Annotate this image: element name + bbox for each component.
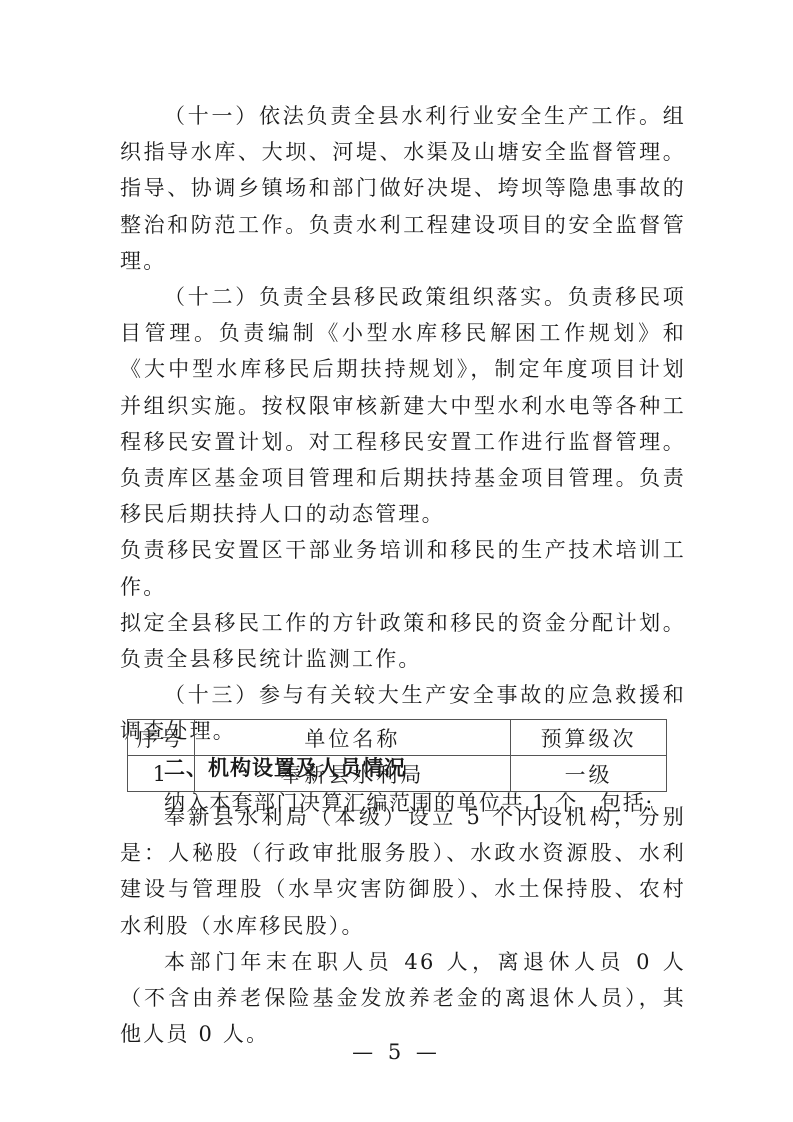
table-row: 1 奉新县水利局 一级: [128, 756, 667, 792]
document-body: （十一）依法负责全县水利行业安全生产工作。组织指导水库、大坝、河堤、水渠及山塘安…: [120, 98, 686, 820]
cell-unit-name: 奉新县水利局: [194, 756, 510, 792]
paragraph-staff: 本部门年末在职人员 46 人，离退休人员 0 人（不含由养老保险基金发放养老金的…: [120, 944, 686, 1053]
header-unit-name: 单位名称: [194, 720, 510, 756]
paragraph-item-12-cont-2: 拟定全县移民工作的方针政策和移民的资金分配计划。负责全县移民统计监测工作。: [120, 605, 686, 677]
paragraph-item-12-cont-1: 负责移民安置区干部业务培训和移民的生产技术培训工作。: [120, 532, 686, 604]
cell-index: 1: [128, 756, 195, 792]
header-budget-level: 预算级次: [511, 720, 667, 756]
table-header-row: 序号 单位名称 预算级次: [128, 720, 667, 756]
page-number: — 5 —: [0, 1040, 793, 1064]
header-index: 序号: [128, 720, 195, 756]
paragraph-item-12: （十二）负责全县移民政策组织落实。负责移民项目管理。负责编制《小型水库移民解困工…: [120, 279, 686, 532]
paragraph-departments: 奉新县水利局（本级）设立 5 个内设机构，分别是：人秘股（行政审批服务股）、水政…: [120, 799, 686, 944]
cell-budget-level: 一级: [511, 756, 667, 792]
units-table: 序号 单位名称 预算级次 1 奉新县水利局 一级: [127, 719, 667, 792]
paragraph-item-11: （十一）依法负责全县水利行业安全生产工作。组织指导水库、大坝、河堤、水渠及山塘安…: [120, 98, 686, 279]
document-body-continued: 奉新县水利局（本级）设立 5 个内设机构，分别是：人秘股（行政审批服务股）、水政…: [120, 799, 686, 1052]
